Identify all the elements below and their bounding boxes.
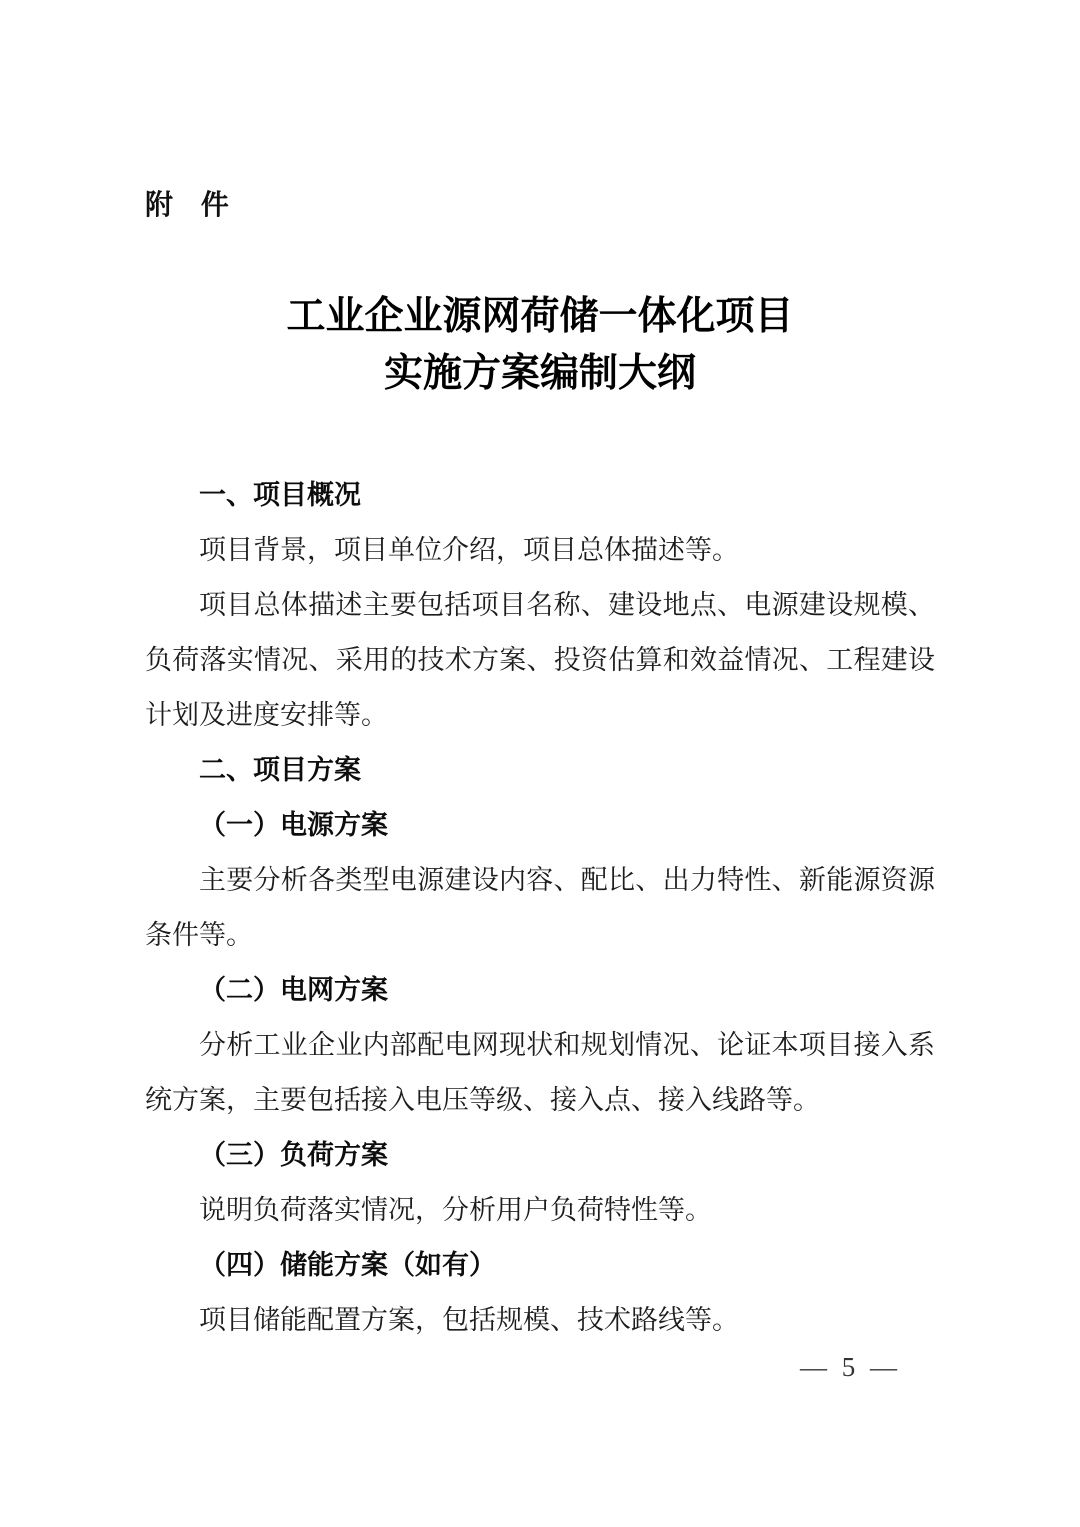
body-paragraph: 分析工业企业内部配电网现状和规划情况、论证本项目接入系统方案，主要包括接入电压等… [145, 1018, 935, 1128]
body-paragraph: 项目储能配置方案，包括规模、技术路线等。 [145, 1293, 935, 1348]
sub-section-heading: （二）电网方案 [145, 963, 935, 1018]
body-paragraph: 项目总体描述主要包括项目名称、建设地点、电源建设规模、负荷落实情况、采用的技术方… [145, 578, 935, 743]
document-title-line1: 工业企业源网荷储一体化项目 [145, 288, 935, 345]
document-page: 附 件 工业企业源网荷储一体化项目 实施方案编制大纲 一、项目概况 项目背景，项… [0, 0, 1080, 1527]
body-paragraph: 说明负荷落实情况，分析用户负荷特性等。 [145, 1183, 935, 1238]
section-heading: 二、项目方案 [145, 743, 935, 798]
document-content: 附 件 工业企业源网荷储一体化项目 实施方案编制大纲 一、项目概况 项目背景，项… [145, 0, 935, 1348]
sub-section-heading: （三）负荷方案 [145, 1128, 935, 1183]
sub-section-heading: （一）电源方案 [145, 798, 935, 853]
document-body: 一、项目概况 项目背景，项目单位介绍，项目总体描述等。 项目总体描述主要包括项目… [145, 468, 935, 1348]
section-heading: 一、项目概况 [145, 468, 935, 523]
body-paragraph: 项目背景，项目单位介绍，项目总体描述等。 [145, 523, 935, 578]
body-paragraph: 主要分析各类型电源建设内容、配比、出力特性、新能源资源条件等。 [145, 853, 935, 963]
page-number: — 5 — [800, 1352, 901, 1383]
document-title-line2: 实施方案编制大纲 [145, 345, 935, 402]
document-title: 工业企业源网荷储一体化项目 实施方案编制大纲 [145, 288, 935, 402]
attachment-label: 附 件 [145, 188, 935, 222]
sub-section-heading: （四）储能方案（如有） [145, 1238, 935, 1293]
